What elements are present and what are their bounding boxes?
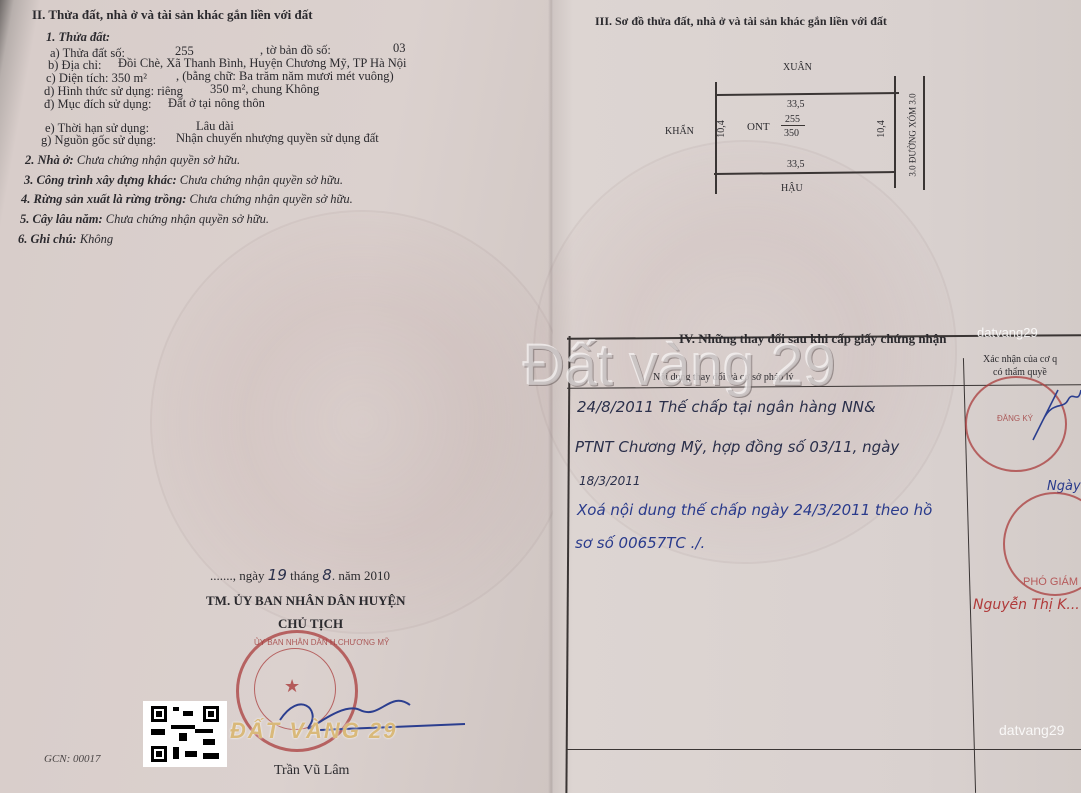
parcel-area: 350 [784,127,799,141]
boundary-west: KHẨN [665,125,694,139]
table-row-border [567,749,1081,750]
change-entry-5: sơ số 00657TC ./. [575,536,705,550]
left-page: II. Thửa đất, nhà ở và tài sản khác gắn … [0,0,553,793]
change-entry-2: PTNT Chương Mỹ, hợp đồng số 03/11, ngày [575,440,899,454]
right-page: III. Sơ đồ thửa đất, nhà ở và tài sản kh… [553,0,1081,793]
position-title: CHỦ TỊCH [278,617,343,631]
other-construction-value: Chưa chứng nhận quyền sở hữu. [180,173,343,187]
change-entry-3: 18/3/2011 [579,474,641,488]
top-right-watermark: datvang29 [977,325,1038,340]
boundary-north: XUÂN [783,61,812,75]
confirm-column-header-1: Xác nhận của cơ q [983,353,1057,367]
origin-label: g) Nguồn gốc sử dụng: [41,133,156,147]
forest-value: Chưa chứng nhận quyền sở hữu. [190,192,353,206]
road-label: 3.0 ĐƯỜNG XÓM 3.0 [906,93,920,176]
section3-title: III. Sơ đồ thửa đất, nhà ở và tài sản kh… [595,14,887,28]
address-value: Đồi Chè, Xã Thanh Bình, Huyện Chương Mỹ,… [118,56,407,70]
confirm-title: PHÓ GIÁM [1023,575,1078,589]
top-length: 33,5 [787,98,805,112]
certificate-number: GCN: 00017 [44,752,101,766]
brand-watermark: ĐẤT VÀNG 29 [230,718,397,744]
change-entry-1: 24/8/2011 Thế chấp tại ngân hàng NN& [577,400,876,414]
house-value: Chưa chứng nhận quyền sở hữu. [77,153,240,167]
confirm-signer: Nguyễn Thị K... [973,598,1080,612]
purpose-label: đ) Mục đích sử dụng: [44,97,151,111]
bottom-length: 33,5 [787,158,805,172]
perennial-value: Chưa chứng nhận quyền sở hữu. [106,212,269,226]
boundary-south: HẬU [781,182,803,196]
forest-row: 4. Rừng sản xuất là rừng trồng: Chưa chứ… [21,192,353,206]
signer-name: Trần Vũ Lâm [274,764,349,778]
land-code: ONT [747,120,770,134]
note-label: 6. Ghi chú: [18,232,77,246]
bottom-right-watermark: datvang29 [999,722,1064,738]
usage-form-value: 350 m², chung Không [210,82,319,96]
org-title: TM. ỦY BAN NHÂN DÂN HUYỆN [206,594,406,608]
seal-text: ỦY BAN NHÂN DÂN H.CHƯƠNG MỸ [254,638,389,647]
note-row: 6. Ghi chú: Không [18,232,113,246]
issue-date: ......., ngày 19 tháng 8. năm 2010 [210,568,390,583]
issue-month: 8 [322,566,332,584]
fraction-bar [781,125,805,126]
purpose-value: Đất ở tại nông thôn [168,96,265,110]
map-number-label: , tờ bản đồ số: [260,43,331,57]
parcel-left-edge [715,82,717,194]
issue-day: 19 [268,566,287,584]
right-width: 10,4 [875,120,889,138]
item1-title: 1. Thửa đất: [46,30,110,44]
center-watermark: Đất vàng 29 [523,332,836,399]
area-label: c) Diện tích: 350 m² [46,71,147,85]
other-construction-row: 3. Công trình xây dựng khác: Chưa chứng … [24,173,343,187]
area-text: , (bằng chữ: Ba trăm năm mươi mét vuông) [176,69,394,83]
forest-label: 4. Rừng sản xuất là rừng trồng: [21,192,186,206]
qr-code[interactable] [143,701,227,767]
parcel-top-edge [717,92,899,95]
usage-form-label: d) Hình thức sử dụng: riêng [44,84,183,98]
confirm-signature [1023,380,1081,450]
origin-value: Nhận chuyển nhượng quyền sử dụng đất [176,131,379,145]
address-label: b) Địa chỉ: [48,58,101,72]
note-value: Không [80,232,113,246]
left-width: 10,4 [715,120,729,138]
change-entry-4: Xoá nội dung thế chấp ngày 24/3/2011 the… [577,503,932,517]
house-label: 2. Nhà ở: [25,153,74,167]
map-number-value: 03 [393,41,406,55]
parcel-right-edge [894,76,896,188]
perennial-label: 5. Cây lâu năm: [20,212,103,226]
house-row: 2. Nhà ở: Chưa chứng nhận quyền sở hữu. [25,153,240,167]
road-edge [923,76,925,190]
section2-title: II. Thửa đất, nhà ở và tài sản khác gắn … [32,8,313,22]
other-construction-label: 3. Công trình xây dựng khác: [24,173,177,187]
perennial-row: 5. Cây lâu năm: Chưa chứng nhận quyền sở… [20,212,269,226]
